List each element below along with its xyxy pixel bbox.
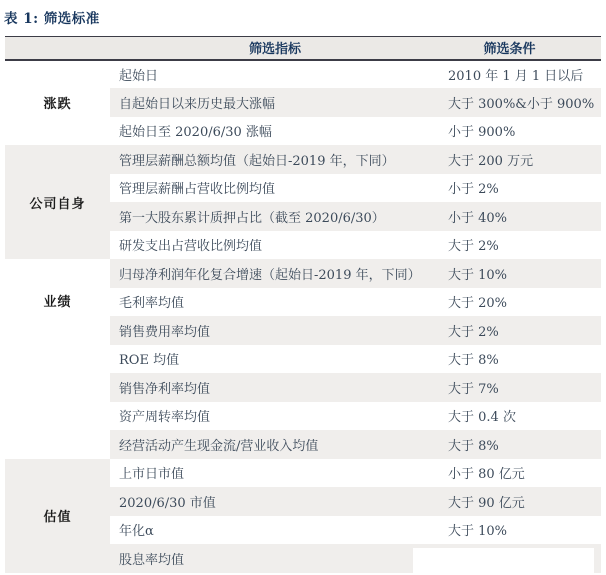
condition-cell: 大于 20%: [440, 288, 601, 317]
condition-cell: 大于 7%: [440, 373, 601, 402]
column-header-indicator: 筛选指标: [110, 37, 440, 60]
indicator-cell: 第一大股东累计质押占比（截至 2020/6/30）: [110, 202, 440, 231]
table-row: 涨跌起始日2010 年 1 月 1 日以后: [5, 60, 601, 89]
column-header-condition: 筛选条件: [440, 37, 601, 60]
condition-cell: 大于 10%: [440, 259, 601, 288]
condition-cell: 大于 2%: [440, 316, 601, 345]
indicator-cell: 2020/6/30 市值: [110, 487, 440, 516]
indicator-cell: ROE 均值: [110, 345, 440, 374]
condition-cell: 小于 900%: [440, 117, 601, 146]
condition-cell: 大于 200 万元: [440, 145, 601, 174]
condition-cell: 小于 2%: [440, 174, 601, 203]
indicator-cell: 自起始日以来历史最大涨幅: [110, 88, 440, 117]
indicator-cell: 研发支出占营收比例均值: [110, 231, 440, 260]
document-page: 表 1: 筛选标准 筛选指标 筛选条件 涨跌起始日2010 年 1 月 1 日以…: [0, 0, 606, 575]
table-body: 涨跌起始日2010 年 1 月 1 日以后自起始日以来历史最大涨幅大于 300%…: [5, 60, 601, 573]
condition-cell: 大于 10%: [440, 516, 601, 545]
indicator-cell: 管理层薪酬占营收比例均值: [110, 174, 440, 203]
header-group-spacer: [5, 37, 110, 60]
condition-cell: 小于 40%: [440, 202, 601, 231]
header-row: 筛选指标 筛选条件: [5, 37, 601, 60]
indicator-cell: 销售费用率均值: [110, 316, 440, 345]
table-row: 业绩归母净利润年化复合增速（起始日-2019 年，下同）大于 10%: [5, 259, 601, 288]
indicator-cell: 上市日市值: [110, 459, 440, 488]
table-row: 估值上市日市值小于 80 亿元: [5, 459, 601, 488]
condition-cell: 大于 300%&小于 900%: [440, 88, 601, 117]
condition-cell: 大于 8%: [440, 345, 601, 374]
group-label-cell: 公司自身: [5, 145, 110, 259]
group-label-cell: 估值: [5, 459, 110, 573]
screening-criteria-table: 筛选指标 筛选条件 涨跌起始日2010 年 1 月 1 日以后自起始日以来历史最…: [5, 36, 601, 573]
indicator-cell: 股息率均值: [110, 544, 440, 573]
table-header: 筛选指标 筛选条件: [5, 37, 601, 60]
table-row: 公司自身管理层薪酬总额均值（起始日-2019 年，下同）大于 200 万元: [5, 145, 601, 174]
condition-cell: 大于 2%: [440, 231, 601, 260]
group-label-cell: 涨跌: [5, 60, 110, 146]
table-title: 表 1: 筛选标准: [0, 0, 606, 36]
indicator-cell: 归母净利润年化复合增速（起始日-2019 年，下同）: [110, 259, 440, 288]
indicator-cell: 毛利率均值: [110, 288, 440, 317]
condition-cell: 小于 80 亿元: [440, 459, 601, 488]
condition-cell: 大于 8%: [440, 430, 601, 459]
indicator-cell: 起始日至 2020/6/30 涨幅: [110, 117, 440, 146]
condition-cell: 大于 0.4 次: [440, 402, 601, 431]
condition-cell: 2010 年 1 月 1 日以后: [440, 60, 601, 89]
indicator-cell: 资产周转率均值: [110, 402, 440, 431]
indicator-cell: 经营活动产生现金流/营业收入均值: [110, 430, 440, 459]
indicator-cell: 起始日: [110, 60, 440, 89]
indicator-cell: 销售净利率均值: [110, 373, 440, 402]
indicator-cell: 管理层薪酬总额均值（起始日-2019 年，下同）: [110, 145, 440, 174]
redaction-patch: [413, 548, 594, 575]
indicator-cell: 年化α: [110, 516, 440, 545]
group-label-cell: 业绩: [5, 259, 110, 459]
condition-cell: 大于 90 亿元: [440, 487, 601, 516]
